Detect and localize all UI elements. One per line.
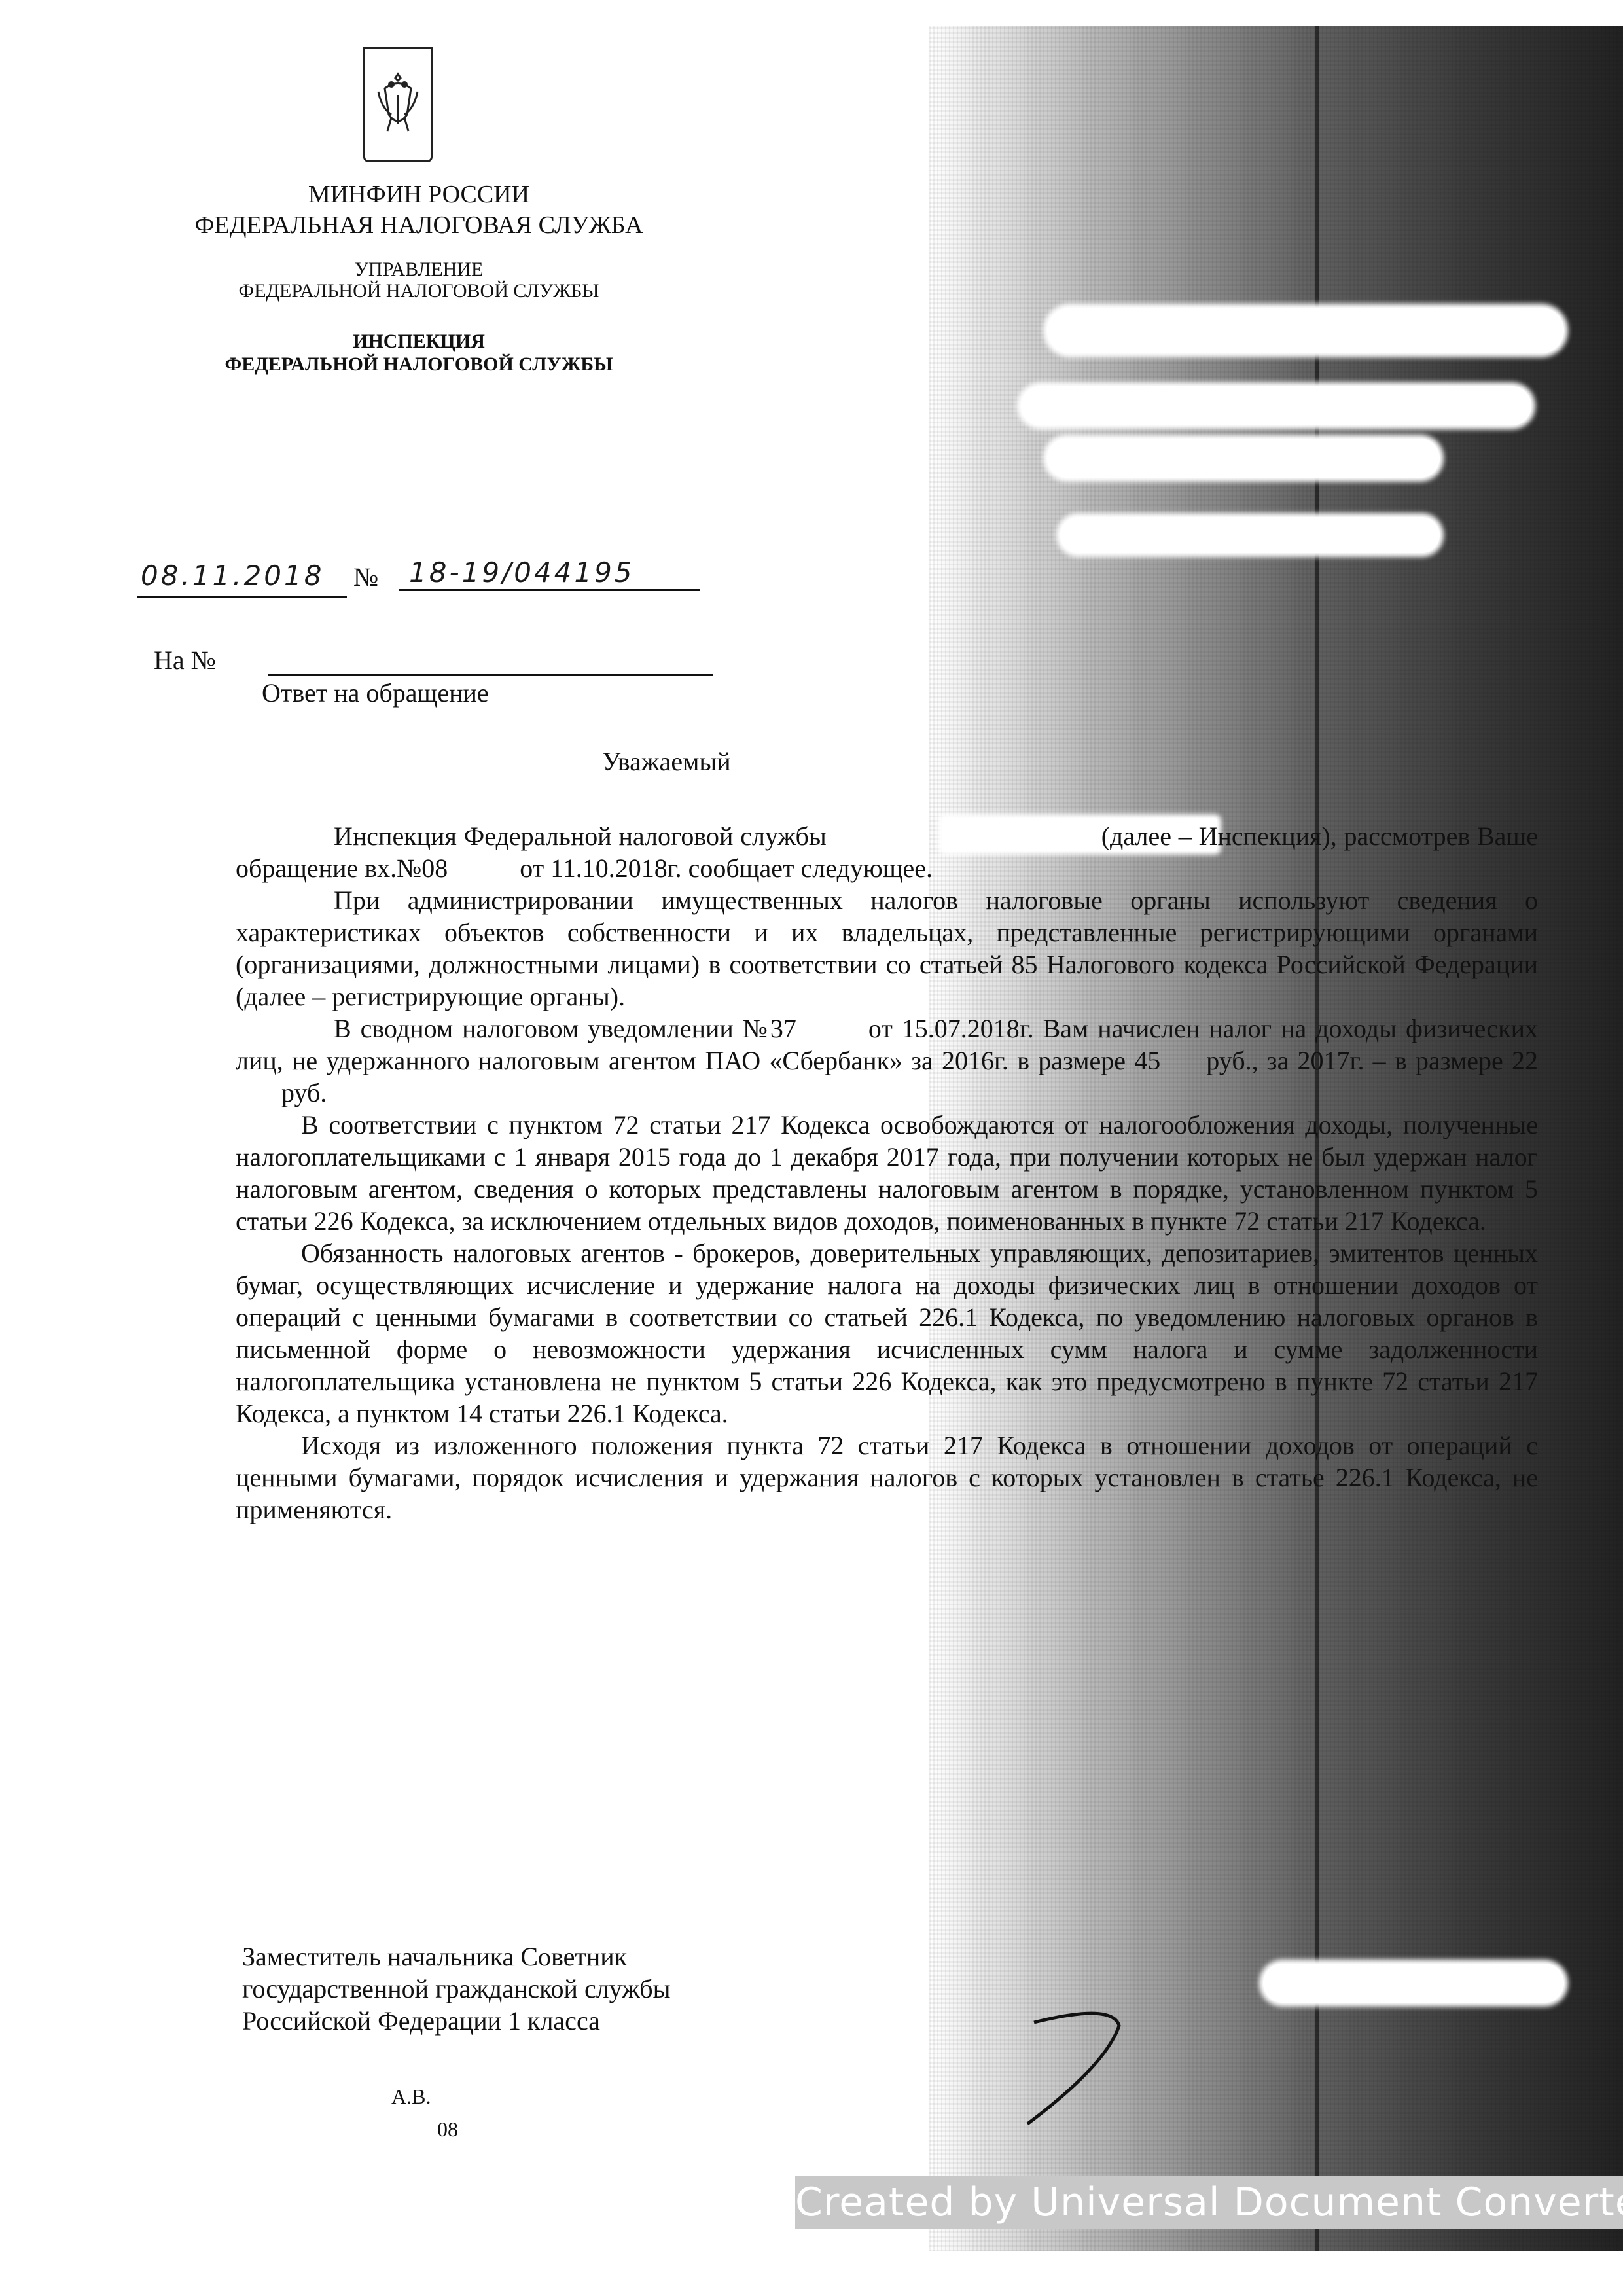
intro-part-1: Инспекция Федеральной налоговой службы [334,821,827,851]
redaction-mark [1060,517,1440,553]
coat-of-arms-icon [363,47,433,162]
redaction-mark [1021,386,1531,425]
signatory-line-2: государственной гражданской службы [242,1973,670,2005]
paragraph-3: В соответствии с пунктом 72 статьи 217 К… [236,1109,1538,1237]
number-sign: № [353,562,378,592]
date-underline [137,596,347,598]
inspection-line-1: ИНСПЕКЦИЯ [196,331,641,353]
department-line-2: ФЕДЕРАЛЬНОЙ НАЛОГОВОЙ СЛУЖБЫ [196,280,641,302]
executor-phone: 08 [437,2117,458,2142]
service-name: ФЕДЕРАЛЬНАЯ НАЛОГОВАЯ СЛУЖБА [164,211,674,240]
redaction-mark [1047,308,1564,353]
letter-body: Инспекция Федеральной налоговой службы(д… [236,820,1538,1526]
handwritten-signature [1021,2003,1165,2134]
paragraph-5: Исходя из изложенного положения пункта 7… [236,1429,1538,1526]
salutation: Уважаемый [602,746,731,777]
letter-number: 18-19/044195 [409,556,635,588]
ministry-name: МИНФИН РОССИИ [196,180,641,209]
department-line-1: УПРАВЛЕНИЕ [196,259,641,281]
inspection-line-2: ФЕДЕРАЛЬНОЙ НАЛОГОВОЙ СЛУЖБЫ [196,353,641,376]
subject-line: Ответ на обращение [262,677,489,708]
number-underline [399,589,700,591]
executor-initials: А.В. [391,2085,431,2109]
paragraph-4: Обязанность налоговых агентов - брокеров… [236,1237,1538,1429]
p2-part-4: руб. [281,1078,327,1107]
p2-part-3: руб., за 2017г. – в размере 22 [1206,1046,1538,1075]
p2-part-1: В сводном налоговом уведомлении №37 [334,1014,796,1043]
reply-to-underline [268,674,713,676]
paragraph-intro: Инспекция Федеральной налоговой службы(д… [236,820,1538,884]
letter-date: 08.11.2018 [141,560,324,592]
redaction-mark [1263,1964,1564,2003]
paragraph-2: В сводном налоговом уведомлении №37от 15… [236,1013,1538,1109]
converter-watermark: Created by Universal Document Converter [795,2176,1623,2229]
redaction-mark [1047,439,1440,478]
paragraph-1: При администрировании имущественных нало… [236,884,1538,1013]
signatory-line-3: Российской Федерации 1 класса [242,2005,670,2037]
signatory-block: Заместитель начальника Советник государс… [242,1941,670,2037]
intro-part-3: от 11.10.2018г. сообщает следующее. [520,853,933,883]
signatory-line-1: Заместитель начальника Советник [242,1941,670,1973]
reply-to-label: На № [154,645,216,675]
